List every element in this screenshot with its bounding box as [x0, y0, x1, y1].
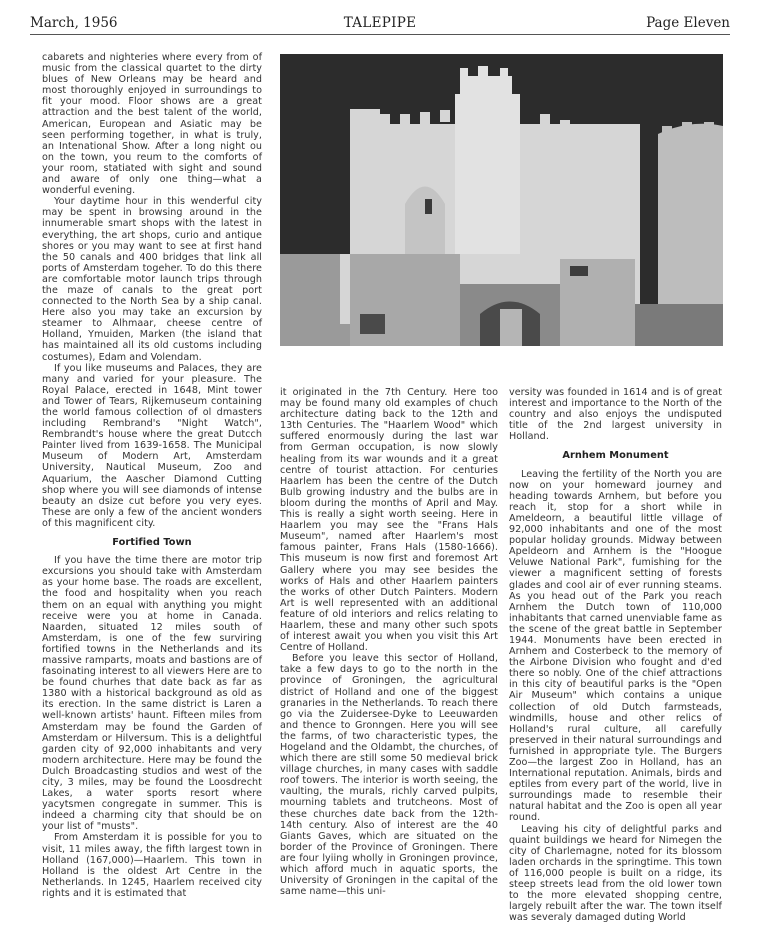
page-header: March, 1956 TALEPIPE Page Eleven — [30, 12, 730, 35]
paragraph: If you have the time there are motor tri… — [42, 555, 262, 832]
paragraph: Your daytime hour in this wenderful city… — [42, 196, 262, 362]
paragraph: Before you leave this sector of Holland,… — [280, 653, 498, 897]
article-column-1: cabarets and nighteries where every from… — [42, 52, 262, 899]
paragraph: versity was founded in 1614 and is of gr… — [509, 387, 722, 442]
article-column-3: versity was founded in 1614 and is of gr… — [509, 387, 722, 923]
castle-illustration-icon — [280, 54, 723, 346]
paragraph: Leaving the fertility of the North you a… — [509, 469, 722, 824]
paragraph: it originated in the 7th Century. Here t… — [280, 387, 498, 653]
publication-title: TALEPIPE — [30, 15, 730, 31]
section-heading-arnhem-monument: Arnhem Monument — [509, 450, 722, 461]
paragraph: If you like museums and Palaces, they ar… — [42, 363, 262, 529]
paragraph: From Amsterdam it is possible for you to… — [42, 832, 262, 899]
article-column-2: it originated in the 7th Century. Here t… — [280, 387, 498, 897]
paragraph: cabarets and nighteries where every from… — [42, 52, 262, 196]
page-number: Page Eleven — [646, 15, 730, 31]
paragraph: Leaving his city of delightful parks and… — [509, 824, 722, 924]
section-heading-fortified-town: Fortified Town — [42, 537, 262, 548]
castle-photo — [280, 54, 723, 346]
